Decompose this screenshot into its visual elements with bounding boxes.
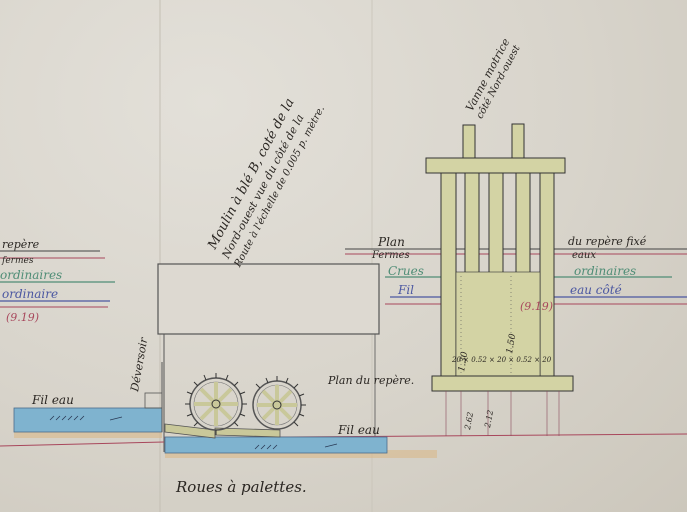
title-block: Moulin à blé B, coté de la Nord-ouest vu… [203, 89, 327, 270]
width-dimensions: 20 × 0.52 × 20 × 0.52 × 20 [452, 356, 551, 364]
plancher-label: Plan du repère. [328, 374, 414, 387]
right-legend-crues-text: ordinaires [574, 264, 636, 278]
sluice-gate-elevation [426, 124, 573, 391]
right-legend-fermes: Fermes [372, 250, 410, 261]
wheels-caption: Roues à palettes. [176, 478, 307, 496]
svg-text:2.12: 2.12 [483, 409, 495, 429]
right-legend-crues: Crues [388, 264, 424, 278]
fil-eau-right-label: Fil eau [338, 423, 380, 437]
right-legend-fil: Fil [398, 283, 414, 297]
left-legend-crues: ordinaires [0, 268, 62, 282]
downstream-water [165, 437, 387, 453]
mill-building [158, 264, 379, 334]
left-legend-fermes: fermes [2, 256, 33, 266]
water-wheel-1 [185, 373, 247, 435]
right-legend-plan: Plan [378, 235, 405, 249]
mill-plan-drawing: Moulin à blé B, coté de la Nord-ouest vu… [0, 0, 687, 512]
fil-eau-left-label: Fil eau [32, 393, 74, 407]
left-legend-repere: repère [2, 238, 39, 251]
upstream-water [14, 408, 162, 432]
svg-text:2.62: 2.62 [463, 411, 475, 431]
right-legend-fil-text: eau côté [570, 283, 622, 297]
right-legend-fermes-text: eaux [572, 250, 596, 261]
right-title-block: Vanne motrice côté Nord-ouest [462, 36, 523, 121]
left-legend-level: (9.19) [6, 311, 39, 324]
right-legend-level: (9.19) [520, 300, 553, 313]
right-legend-plan-text: du repère fixé [568, 235, 646, 248]
deversoir-label: Déversoir [128, 336, 151, 394]
water-wheel-2 [253, 376, 306, 429]
left-legend-fil: ordinaire [2, 287, 58, 301]
title-line-2: Nord-ouest vue du côté de la [219, 112, 307, 261]
